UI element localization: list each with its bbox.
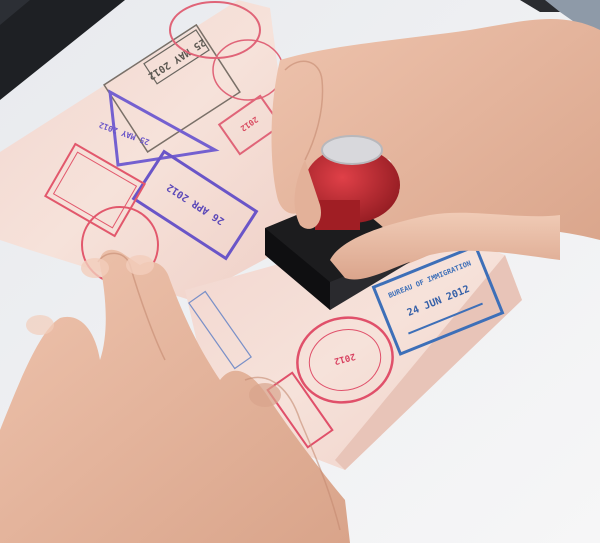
photo-scene: 25 MAY 2012 25 MAY 2012 26 APR 2012 2012…	[0, 0, 600, 543]
photo-canvas: 25 MAY 2012 25 MAY 2012 26 APR 2012 2012…	[0, 0, 600, 543]
